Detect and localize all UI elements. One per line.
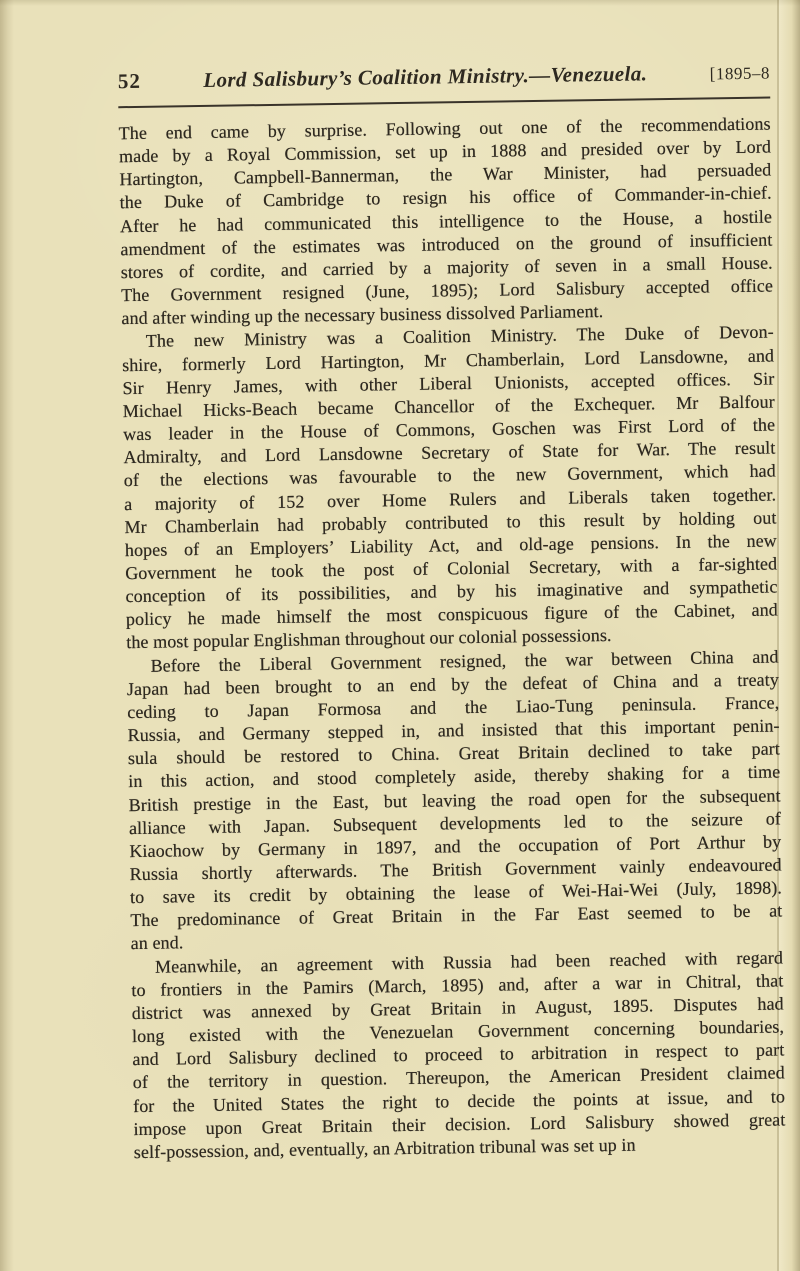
paragraph: Before the Liberal Government resigned, … [126,645,782,956]
page-number: 52 [118,66,141,96]
top-edge-shadow [0,0,800,6]
page-content: 52 Lord Salisbury’s Coalition Ministry.—… [118,57,786,1165]
running-title: Lord Salisbury’s Coalition Ministry.—Ven… [141,57,710,95]
left-edge-shadow [0,0,14,1271]
year-range: [1895–8 [709,59,770,90]
header-rule [118,97,770,109]
paragraph: The new Ministry was a Coalition Ministr… [122,321,779,655]
paragraph: The end came by surprise. Following out … [119,113,774,331]
paragraph: Meanwhile, an agreement with Russia had … [131,946,786,1164]
book-page: { "page": { "paper_color": "#e9e1ba", "i… [0,0,800,1271]
running-header: 52 Lord Salisbury’s Coalition Ministry.—… [118,57,770,99]
body-text: The end came by surprise. Following out … [119,113,786,1165]
